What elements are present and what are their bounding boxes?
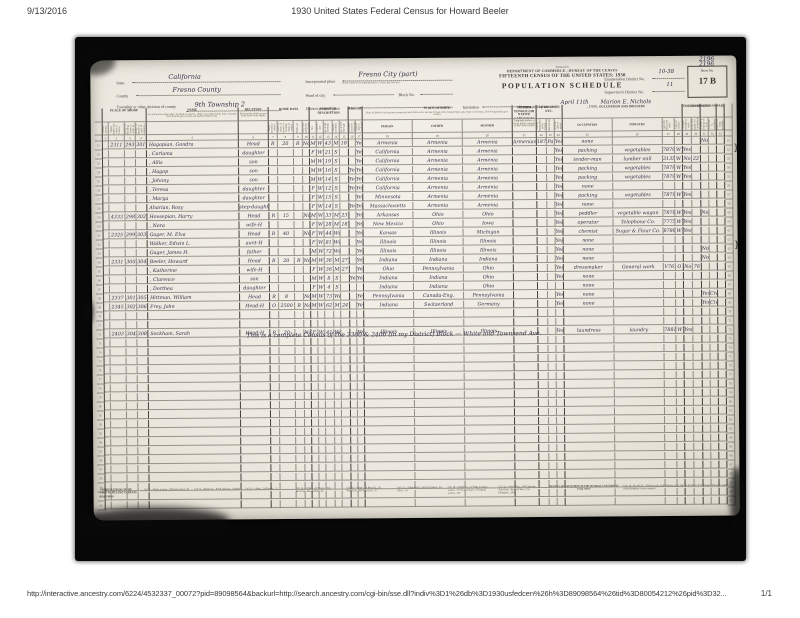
line-number: 64	[96, 258, 104, 267]
cell-occ	[565, 398, 615, 406]
cell-unemp	[692, 173, 701, 181]
cell-fam	[138, 393, 149, 401]
cell-war	[711, 470, 719, 478]
cell-b3: Armenia	[463, 192, 513, 200]
cell-nat	[548, 309, 556, 317]
cell-val: 2500	[279, 302, 295, 310]
cell-rw	[359, 499, 366, 507]
cell-sex: M	[311, 302, 318, 310]
cell-imm	[538, 318, 548, 326]
cell-mar	[335, 464, 342, 472]
cell-imm	[537, 219, 547, 227]
cell-nat	[547, 156, 555, 164]
cell-age	[326, 437, 335, 445]
cell-b3	[465, 408, 515, 416]
cell-cls: W	[675, 218, 683, 226]
cell-occ: none	[564, 236, 614, 244]
cell-own	[271, 473, 280, 481]
cell-fam	[138, 429, 149, 437]
cell-rw: Yes	[357, 247, 364, 255]
cell-nat	[547, 165, 555, 173]
cell-nat	[548, 318, 556, 326]
cell-vet	[703, 461, 711, 469]
cell-cls	[677, 371, 685, 379]
cell-vet	[701, 146, 709, 154]
census-table: PLACE OF ABODENAMEof each person whose p…	[95, 104, 736, 511]
cell-mar	[335, 356, 342, 364]
cell-sch: Yes	[349, 184, 356, 192]
cell-vet: Yes	[702, 299, 710, 307]
cell-ind	[615, 452, 665, 460]
cell-farm: No	[304, 293, 311, 301]
cell-dw	[127, 384, 138, 392]
cell-dw	[125, 204, 136, 212]
line-number: 76	[727, 361, 735, 370]
cell-fam	[137, 276, 148, 284]
cell-own	[270, 248, 279, 256]
cell-code	[665, 425, 677, 433]
cell-val	[280, 464, 296, 472]
cell-sch	[351, 445, 358, 453]
line-number: 80	[727, 397, 735, 406]
cell-own	[270, 338, 279, 346]
cell-agem	[342, 419, 351, 427]
cell-imm	[537, 165, 547, 173]
cell-eng	[557, 390, 565, 398]
cell-mar: Wd	[334, 239, 341, 247]
cell-fam	[136, 159, 147, 167]
cell-war	[709, 182, 717, 190]
cell-b3: Ohio	[463, 210, 513, 218]
cell-nat	[548, 345, 556, 353]
cell-own	[271, 410, 280, 418]
cell-val	[280, 428, 296, 436]
cell-war	[711, 353, 719, 361]
cell-fam	[137, 249, 148, 257]
cell-nat	[549, 471, 557, 479]
cell-code	[665, 470, 677, 478]
cell-ind	[615, 398, 665, 406]
cell-fs	[719, 362, 727, 370]
cell-own	[271, 428, 280, 436]
cell-radio	[296, 446, 305, 454]
cell-val: 20	[279, 257, 295, 265]
cell-rw: Yes	[357, 265, 364, 273]
cell-race	[319, 374, 326, 382]
cell-fam	[138, 420, 149, 428]
cell-occ: none	[564, 254, 614, 262]
cell-rw: Yes	[356, 220, 363, 228]
cell-name: , Dorthea	[148, 284, 240, 293]
cell-age: 8	[325, 275, 334, 283]
cell-rw	[358, 409, 365, 417]
cell-sch: Yes	[349, 202, 356, 210]
cell-val	[279, 248, 295, 256]
cell-sch	[351, 364, 358, 372]
cell-b3	[465, 462, 515, 470]
cell-work	[684, 281, 693, 289]
cell-occ	[564, 335, 614, 343]
cell-agem	[342, 374, 351, 382]
cell-sch: Yes	[349, 166, 356, 174]
cell-ind	[614, 308, 664, 316]
cell-occ: packing	[563, 173, 613, 181]
cell-b1	[365, 382, 415, 390]
line-number: 73	[96, 339, 104, 348]
cell-own	[271, 455, 280, 463]
cell-name	[149, 383, 241, 392]
cell-age: 62	[325, 302, 334, 310]
cell-vet	[703, 452, 711, 460]
cell-sch	[351, 409, 358, 417]
cell-imm	[538, 255, 548, 263]
cell-imm	[539, 435, 549, 443]
cell-own	[270, 266, 279, 274]
cell-radio	[294, 212, 303, 220]
cell-mar	[335, 401, 342, 409]
cell-tongue	[514, 291, 538, 299]
cell-radio	[295, 293, 304, 301]
cell-farm: No	[304, 230, 311, 238]
cell-imm	[539, 381, 549, 389]
cell-fam	[136, 222, 147, 230]
cell-b2: Indiana	[414, 256, 464, 264]
cell-work	[683, 182, 692, 190]
cell-occ	[564, 317, 614, 325]
cell-race	[319, 392, 326, 400]
cell-radio	[297, 500, 306, 508]
cell-nat	[548, 228, 556, 236]
cell-unemp	[692, 182, 701, 190]
print-url: http://interactive.ancestry.com/6224/453…	[27, 589, 727, 598]
cell-sex: F	[311, 284, 318, 292]
cell-age	[326, 464, 335, 472]
cell-race	[318, 311, 325, 319]
cell-work: Yes	[683, 209, 692, 217]
cell-dw	[127, 447, 138, 455]
cell-dw: 304	[126, 330, 137, 338]
cell-eng	[556, 345, 564, 353]
cell-mar: Wd	[334, 248, 341, 256]
cell-unemp	[694, 470, 703, 478]
cell-unemp	[692, 218, 701, 226]
cell-val	[279, 311, 295, 319]
cell-b3	[466, 498, 516, 506]
cell-rw	[357, 337, 364, 345]
cell-house	[110, 249, 126, 257]
cell-nat	[548, 237, 556, 245]
cell-val	[280, 356, 296, 364]
cell-occ: none	[564, 272, 614, 280]
cell-dw	[126, 267, 137, 275]
line-number: 86	[97, 456, 105, 465]
cell-race: W	[318, 284, 325, 292]
cell-rel	[240, 311, 270, 319]
cell-age: 28	[324, 221, 333, 229]
cell-fs	[718, 344, 726, 352]
cell-val	[279, 266, 295, 274]
cell-fam	[137, 339, 148, 347]
cell-house	[110, 348, 126, 356]
cell-own: R	[269, 140, 278, 148]
line-number: 56	[725, 181, 733, 190]
cell-rel: Head	[239, 140, 269, 148]
cell-fs	[717, 137, 725, 145]
cell-age: 44	[325, 230, 334, 238]
cell-age: 21	[324, 149, 333, 157]
cell-unemp	[694, 452, 703, 460]
cell-imm	[538, 300, 548, 308]
cell-b2: Armenia	[413, 184, 463, 192]
line-number-header	[725, 104, 733, 118]
cell-b3: Armenia	[463, 183, 513, 191]
cell-eng	[556, 282, 564, 290]
cell-occ: none	[564, 290, 614, 298]
cell-tongue	[514, 237, 538, 245]
cell-fs	[718, 308, 726, 316]
cell-mar: M	[333, 140, 340, 148]
census-page: 21962196 } } State California County Fre…	[90, 55, 740, 520]
cell-b1	[364, 310, 414, 318]
ward-label: Ward of city	[305, 93, 325, 98]
cell-war	[711, 461, 719, 469]
cell-agem: 23	[340, 212, 349, 220]
cell-val	[279, 284, 295, 292]
line-number: 58	[95, 204, 103, 213]
cell-house	[109, 195, 125, 203]
cell-mar: S	[333, 176, 340, 184]
legend-heading: ABBREVIATIONS TO BE USED IN FILLING CERT…	[100, 488, 140, 498]
cell-fam: 301	[136, 141, 147, 149]
cell-rw	[357, 283, 364, 291]
cell-house	[111, 429, 127, 437]
column-group-place-of-birth: PLACE OF BIRTHPlace of birth of each per…	[363, 105, 513, 120]
cell-dw	[127, 456, 138, 464]
cell-war	[710, 335, 718, 343]
cell-work	[685, 380, 694, 388]
cell-work	[686, 497, 695, 505]
cell-radio	[296, 455, 305, 463]
cell-b3: Iowa	[463, 219, 513, 227]
cell-occ	[565, 443, 615, 451]
cell-rel	[241, 374, 271, 382]
line-number: 63	[726, 244, 734, 253]
scan-artifact	[730, 467, 744, 527]
cell-rw	[358, 373, 365, 381]
cell-rw	[358, 418, 365, 426]
cell-b2: Armenia	[413, 202, 463, 210]
cell-b2	[415, 472, 465, 480]
cell-war	[709, 164, 717, 172]
cell-war	[710, 254, 718, 262]
line-number: 64	[726, 253, 734, 262]
cell-cls: W	[675, 209, 683, 217]
cell-sex	[312, 464, 319, 472]
cell-occ: tender-man	[563, 155, 613, 163]
cell-work	[684, 308, 693, 316]
cell-own	[271, 446, 280, 454]
cell-fam: 308	[137, 330, 148, 338]
cell-house	[111, 357, 127, 365]
cell-farm	[305, 356, 312, 364]
cell-b2: Illinois	[414, 229, 464, 237]
cell-race: W	[318, 266, 325, 274]
cell-unemp	[693, 308, 702, 316]
cell-sex: M	[311, 257, 318, 265]
column-subheader: Number of dwelling house in order of vis…	[125, 122, 136, 135]
cell-rw	[358, 364, 365, 372]
cell-radio	[295, 266, 304, 274]
cell-b1: Kansas	[364, 229, 414, 237]
cell-dw	[125, 195, 136, 203]
cell-sch	[351, 400, 358, 408]
cell-work	[684, 254, 693, 262]
cell-rel	[241, 428, 271, 436]
cell-age	[326, 428, 335, 436]
cell-cls	[675, 200, 683, 208]
cell-own	[269, 194, 278, 202]
cell-occ	[565, 380, 615, 388]
cell-vet: No	[701, 137, 709, 145]
cell-code	[664, 317, 676, 325]
cell-agem	[342, 437, 351, 445]
cell-rel: father	[240, 248, 270, 256]
cell-vet	[701, 200, 709, 208]
cell-dw	[126, 276, 137, 284]
cell-work	[684, 335, 693, 343]
cell-mar	[335, 392, 342, 400]
cell-nat	[547, 201, 555, 209]
cell-cls	[677, 362, 685, 370]
cell-cls	[676, 335, 684, 343]
cell-occ: chemist	[564, 227, 614, 235]
cell-nat	[549, 354, 557, 362]
cell-fs	[719, 434, 727, 442]
cell-sex	[312, 365, 319, 373]
cell-vet: No	[702, 245, 710, 253]
cell-dw	[125, 177, 136, 185]
cell-nat: Pa	[547, 138, 555, 146]
cell-rel	[241, 401, 271, 409]
cell-unemp	[694, 353, 703, 361]
cell-race: W	[317, 185, 324, 193]
cell-fam	[138, 411, 149, 419]
cell-fs	[718, 317, 726, 325]
cell-war	[709, 173, 717, 181]
cell-b3: Ohio	[464, 282, 514, 290]
column-group-occupation-and-industry: OCCUPATION AND INDUSTRY	[563, 104, 683, 119]
cell-b3: Armenia	[463, 156, 513, 164]
line-number: 70	[726, 307, 734, 316]
cell-b3	[464, 309, 514, 317]
print-page-number: 1/1	[761, 589, 772, 598]
cell-fs	[719, 371, 727, 379]
cell-sex	[312, 383, 319, 391]
cell-race: W	[317, 176, 324, 184]
legend-details: Cols. 18, 19, and 20.—If born in the Uni…	[623, 484, 734, 491]
cell-b2	[414, 346, 464, 354]
line-number: 88	[97, 474, 105, 483]
cell-nat	[549, 453, 557, 461]
cell-occ: packing	[563, 146, 613, 154]
cell-tongue	[516, 498, 540, 506]
cell-tongue	[513, 201, 537, 209]
cell-unemp	[692, 200, 701, 208]
cell-b3: Pennsylvania	[464, 291, 514, 299]
cell-nat	[548, 291, 556, 299]
cell-code: 7878	[663, 209, 675, 217]
cell-b1: Minnesota	[363, 193, 413, 201]
column-subheader: Whether actually at work yesterday	[683, 118, 692, 131]
cell-age	[326, 419, 335, 427]
cell-own	[271, 401, 280, 409]
cell-rw: Yes	[356, 193, 363, 201]
cell-sch	[349, 139, 356, 147]
cell-eng	[557, 435, 565, 443]
cell-own	[271, 365, 280, 373]
cell-imm	[538, 336, 548, 344]
cell-radio	[295, 230, 304, 238]
cell-age: 36	[325, 266, 334, 274]
cell-race: W	[318, 293, 325, 301]
cell-fs	[719, 461, 727, 469]
cell-house	[111, 402, 127, 410]
cell-radio	[296, 356, 305, 364]
column-group-employment: EMPLOYMENT	[683, 104, 701, 118]
cell-house	[111, 474, 127, 482]
cell-own	[272, 500, 281, 508]
cell-occ: none	[563, 137, 613, 145]
cell-work	[685, 461, 694, 469]
scan-artifact	[79, 507, 229, 533]
line-number: 85	[97, 447, 105, 456]
cell-b1: California	[363, 175, 413, 183]
cell-code	[665, 461, 677, 469]
cell-own	[269, 185, 278, 193]
cell-imm	[539, 471, 549, 479]
cell-sex	[312, 374, 319, 382]
cell-fs	[719, 353, 727, 361]
cell-radio	[294, 194, 303, 202]
cell-cls	[675, 137, 683, 145]
cell-name	[149, 428, 241, 437]
line-number: 87	[97, 465, 105, 474]
cell-val	[279, 320, 295, 328]
cell-work: No	[684, 263, 693, 271]
cell-work	[684, 272, 693, 280]
cell-fam	[138, 474, 149, 482]
cell-own: R	[270, 230, 279, 238]
cell-ind	[614, 317, 664, 325]
column-subheader: Age at first marriage	[340, 121, 349, 134]
legend-block: Col. 32.—World War....WW Spanish-America…	[498, 485, 545, 494]
cell-b1: Arkansas	[363, 211, 413, 219]
cell-sch	[349, 211, 356, 219]
column-subheader: Radio set	[294, 121, 303, 134]
cell-eng: Yes	[556, 300, 564, 308]
census-scan-image: 21962196 } } State California County Fre…	[75, 37, 746, 561]
cell-imm	[538, 228, 548, 236]
cell-b1: California	[363, 148, 413, 156]
cell-eng: Yes	[556, 327, 564, 335]
cell-imm	[537, 210, 547, 218]
cell-nat	[548, 336, 556, 344]
sheet-number-box: Sheet No. 17 B	[687, 66, 727, 98]
cell-agem	[340, 149, 349, 157]
legend-block: Col. 11.—Male....M Female....F	[245, 487, 292, 490]
cell-own	[271, 383, 280, 391]
cell-house	[110, 321, 126, 329]
